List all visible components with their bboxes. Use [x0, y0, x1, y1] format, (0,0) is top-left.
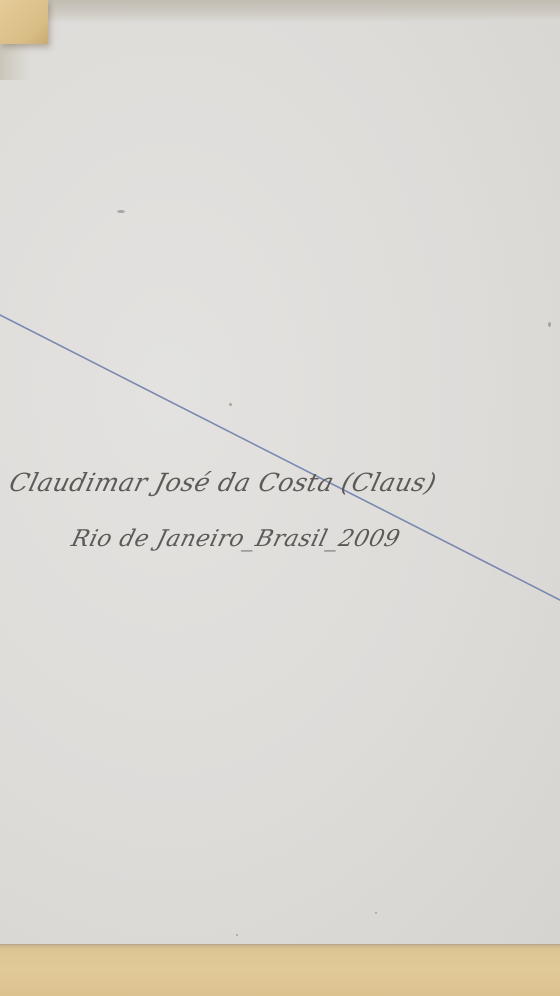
frame-top-shadow: [0, 0, 560, 22]
paper-speck: [548, 322, 551, 327]
paper-speck: [236, 934, 238, 936]
paper-speck: [117, 210, 125, 213]
frame-bottom-edge: [0, 944, 560, 996]
cardboard-corner: [0, 0, 48, 44]
paper-speck: [375, 912, 377, 914]
signature-location-date: Rio de Janeiro_Brasil_2009: [69, 526, 403, 552]
signature-name: Claudimar José da Costa (Claus): [6, 468, 439, 497]
paper-speck: [229, 403, 232, 406]
